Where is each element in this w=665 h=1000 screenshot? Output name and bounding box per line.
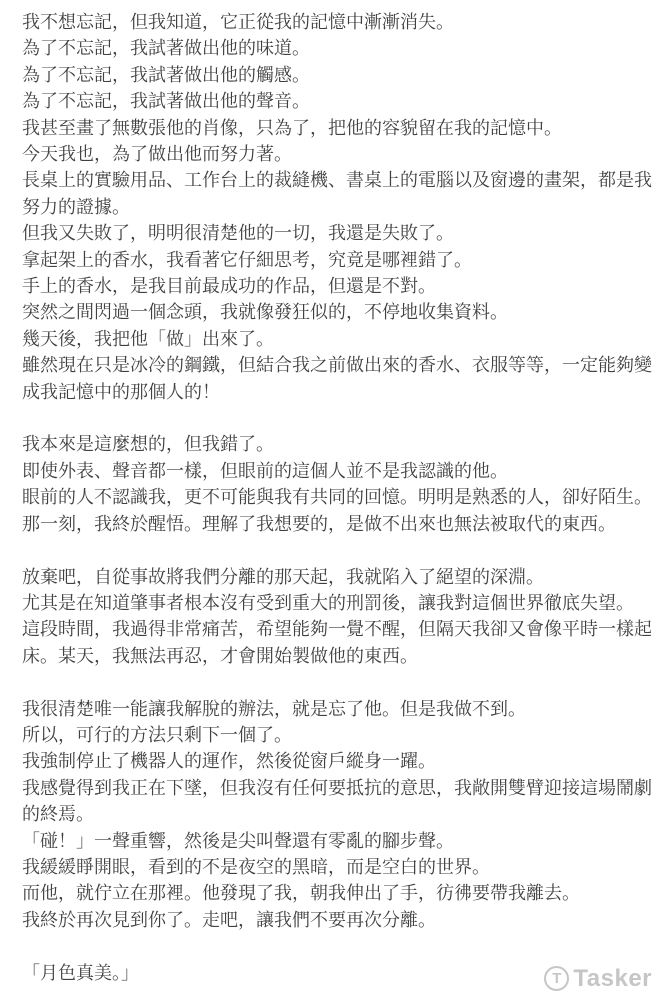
tasker-logo-icon: T: [544, 966, 569, 991]
text-line: 那一刻，我終於醒悟。理解了我想要的，是做不出來也無法被取代的東西。: [22, 511, 652, 537]
text-line: 我本來是這麼想的，但我錯了。: [22, 431, 652, 457]
text-line: 幾天後，我把他「做」出來了。: [22, 326, 652, 352]
text-line: 我甚至畫了無數張他的肖像，只為了，把他的容貌留在我的記憶中。: [22, 115, 652, 141]
text-line: 雖然現在只是冰冷的鋼鐵，但結合我之前做出來的香水、衣服等等，一定能夠變成我記憶中…: [22, 352, 652, 405]
text-line: 長桌上的實驗用品、工作台上的裁縫機、書桌上的電腦以及窗邊的畫架，都是我努力的證據…: [22, 167, 652, 220]
text-line: 即使外表、聲音都一樣，但眼前的這個人並不是我認識的他。: [22, 458, 652, 484]
text-line: 我不想忘記，但我知道，它正從我的記憶中漸漸消失。: [22, 9, 652, 35]
text-line: 放棄吧，自從事故將我們分離的那天起，我就陷入了絕望的深淵。: [22, 564, 652, 590]
tasker-watermark: T Tasker: [544, 966, 652, 991]
paragraph: 我不想忘記，但我知道，它正從我的記憶中漸漸消失。為了不忘記，我試著做出他的味道。…: [22, 9, 652, 405]
text-line: 所以，可行的方法只剩下一個了。: [22, 722, 652, 748]
text-line: 眼前的人不認識我，更不可能與我有共同的回憶。明明是熟悉的人，卻好陌生。: [22, 484, 652, 510]
text-line: 突然之間閃過一個念頭，我就像發狂似的，不停地收集資料。: [22, 299, 652, 325]
paragraph: 我本來是這麼想的，但我錯了。即使外表、聲音都一樣，但眼前的這個人並不是我認識的他…: [22, 431, 652, 537]
tasker-brand-text: Tasker: [573, 967, 652, 991]
text-line: 今天我也，為了做出他而努力著。: [22, 141, 652, 167]
text-line: 為了不忘記，我試著做出他的觸感。: [22, 62, 652, 88]
text-line: 手上的香水，是我目前最成功的作品，但還是不對。: [22, 273, 652, 299]
text-line: 尤其是在知道肇事者根本沒有受到重大的刑罰後，讓我對這個世界徹底失望。: [22, 590, 652, 616]
text-line: 為了不忘記，我試著做出他的聲音。: [22, 88, 652, 114]
text-line: 為了不忘記，我試著做出他的味道。: [22, 35, 652, 61]
text-line: 「碰！」一聲重響，然後是尖叫聲還有零亂的腳步聲。: [22, 828, 652, 854]
tasker-logo-letter: T: [552, 971, 561, 986]
story-page: 我不想忘記，但我知道，它正從我的記憶中漸漸消失。為了不忘記，我試著做出他的味道。…: [0, 0, 665, 1000]
text-line: 拿起架上的香水，我看著它仔細思考，究竟是哪裡錯了。: [22, 247, 652, 273]
story-text: 我不想忘記，但我知道，它正從我的記憶中漸漸消失。為了不忘記，我試著做出他的味道。…: [0, 0, 665, 986]
text-line: 我強制停止了機器人的運作，然後從窗戶縱身一躍。: [22, 748, 652, 774]
text-line: 但我又失敗了，明明很清楚他的一切，我還是失敗了。: [22, 220, 652, 246]
text-line: 這段時間，我過得非常痛苦，希望能夠一覺不醒，但隔天我卻又會像平時一樣起床。某天，…: [22, 616, 652, 669]
paragraph: 我很清楚唯一能讓我解脫的辦法，就是忘了他。但是我做不到。所以，可行的方法只剩下一…: [22, 696, 652, 934]
paragraph: 放棄吧，自從事故將我們分離的那天起，我就陷入了絕望的深淵。尤其是在知道肇事者根本…: [22, 564, 652, 670]
text-line: 我感覺得到我正在下墜，但我沒有任何要抵抗的意思，我敞開雙臂迎接這場鬧劇的終焉。: [22, 775, 652, 828]
text-line: 我很清楚唯一能讓我解脫的辦法，就是忘了他。但是我做不到。: [22, 696, 652, 722]
text-line: 我緩緩睜開眼，看到的不是夜空的黑暗，而是空白的世界。: [22, 854, 652, 880]
text-line: 而他，就佇立在那裡。他發現了我，朝我伸出了手，彷彿要帶我離去。: [22, 880, 652, 906]
text-line: 我終於再次見到你了。走吧，讓我們不要再次分離。: [22, 907, 652, 933]
